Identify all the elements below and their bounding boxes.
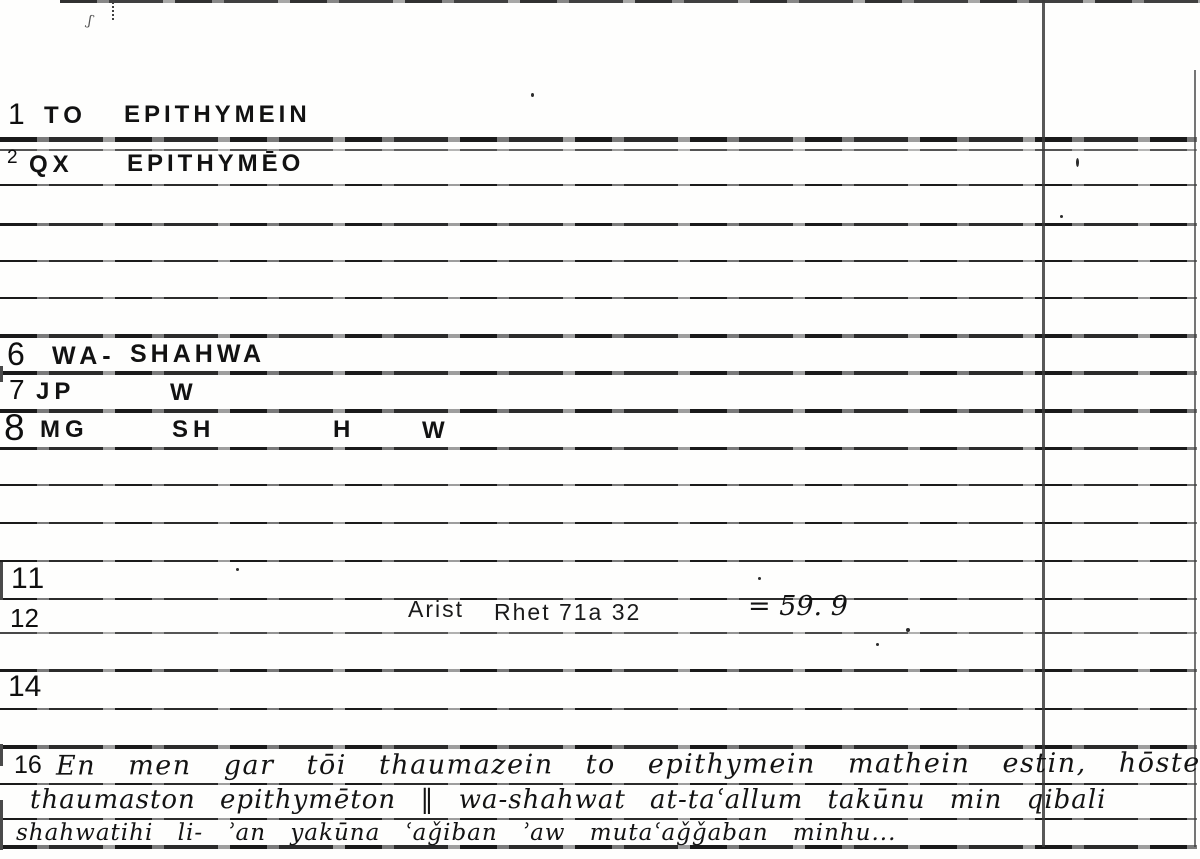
ruled-line [0, 708, 1197, 710]
ruled-line [60, 0, 1200, 3]
citation-author: Arist [408, 596, 464, 623]
row2-word1: QX [29, 151, 74, 179]
quotation-line3: shahwatihi li- ʾan yakūna ʿaǧiban ʾaw mu… [16, 820, 896, 846]
left-edge-mark [0, 800, 3, 850]
citation-reference: Rhet 71a 32 [494, 599, 641, 626]
row1-word2: EPITHYMEIN [124, 101, 311, 129]
ruled-line [0, 260, 1197, 262]
row8-word1: MG [40, 416, 89, 444]
row1-number: 1 [8, 98, 25, 132]
row6-word1: WA- [52, 342, 116, 371]
ruled-line [0, 560, 1197, 562]
right-border-rule [1194, 70, 1196, 847]
row8-word4: W [422, 417, 450, 445]
row7-number: 7 [9, 374, 25, 406]
left-edge-mark [0, 744, 3, 766]
scan-speck [1060, 215, 1063, 218]
row16-number: 16 [14, 751, 42, 780]
row11-number: 11 [11, 562, 46, 596]
ruled-line [0, 669, 1197, 672]
column-rule [1042, 0, 1045, 847]
scanned-index-card: ʃ 1 TO EPITHYMEIN 2 QX EPITHYMĒO 6 WA- S… [0, 0, 1200, 859]
row14-number: 14 [8, 670, 41, 704]
ruled-line [0, 184, 1197, 186]
row2-word2: EPITHYMĒO [127, 150, 304, 178]
scan-speck [876, 643, 879, 646]
quotation-line1: En men gar tōi thaumazein to epithymein … [56, 747, 1200, 781]
row8-number: 8 [4, 407, 25, 449]
ruled-line [0, 484, 1197, 486]
ruled-line [0, 223, 1197, 226]
row1-word1: TO [44, 102, 87, 130]
ruled-line [0, 137, 1197, 142]
ruled-line [0, 297, 1197, 299]
stray-pen-mark: ʃ [86, 13, 95, 29]
row6-number: 6 [7, 336, 25, 373]
row7-word2: W [170, 379, 198, 407]
ruled-line [0, 334, 1197, 338]
scan-speck [1076, 158, 1079, 167]
quotation-line2: thaumaston epithymēton ‖ wa-shahwat at-t… [30, 785, 1106, 815]
scan-speck [906, 628, 910, 632]
row6-word2: SHAHWA [130, 340, 265, 369]
ruled-line [0, 371, 1197, 375]
row2-number: 2 [7, 147, 18, 169]
scan-speck [236, 568, 239, 571]
left-edge-mark [0, 562, 3, 600]
ruled-line [0, 632, 1197, 634]
row7-word1: JP [36, 378, 75, 406]
ruled-line [0, 409, 1197, 413]
scan-speck [531, 93, 534, 97]
row8-word2: SH [172, 416, 215, 444]
row8-word3: H [333, 416, 355, 444]
scan-speck [758, 577, 761, 580]
ruled-line [0, 522, 1197, 524]
left-edge-mark [0, 366, 3, 382]
citation-equivalent: = 59. 9 [748, 591, 848, 622]
top-dotted-mark [112, 2, 114, 20]
row12-number: 12 [10, 603, 39, 634]
ruled-line [0, 447, 1197, 450]
